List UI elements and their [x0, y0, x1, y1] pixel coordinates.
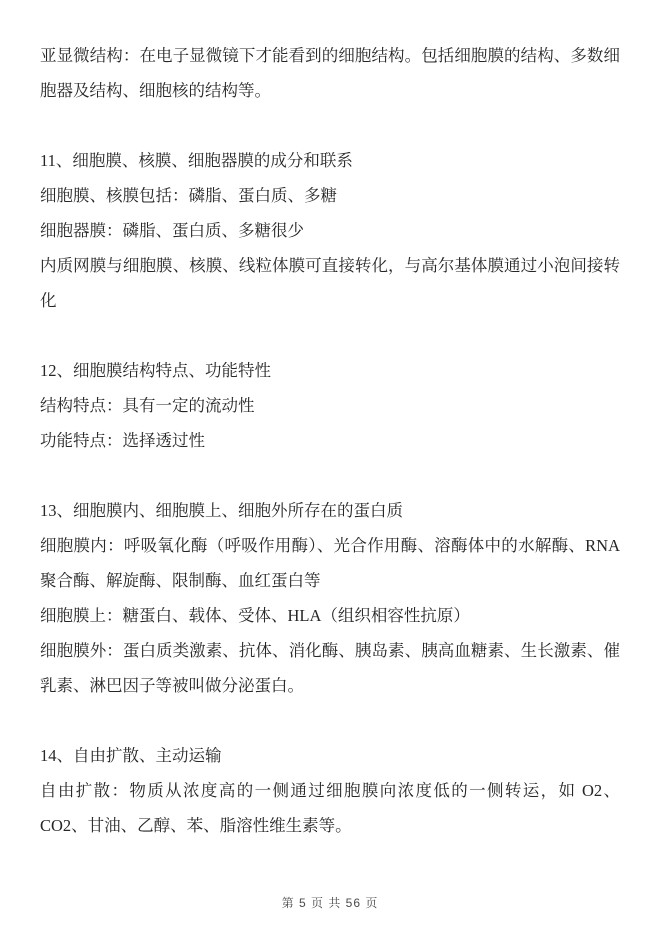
section-intro-submicroscopic: 亚显微结构：在电子显微镜下才能看到的细胞结构。包括细胞膜的结构、多数细胞器及结构…	[40, 38, 620, 108]
paragraph-proteins-outside-membrane: 细胞膜外：蛋白质类激素、抗体、消化酶、胰岛素、胰高血糖素、生长激素、催乳素、淋巴…	[40, 633, 620, 703]
heading-item-13: 13、细胞膜内、细胞膜上、细胞外所存在的蛋白质	[40, 493, 620, 528]
heading-item-12: 12、细胞膜结构特点、功能特性	[40, 353, 620, 388]
paragraph-submicroscopic-definition: 亚显微结构：在电子显微镜下才能看到的细胞结构。包括细胞膜的结构、多数细胞器及结构…	[40, 38, 620, 108]
section-item-13: 13、细胞膜内、细胞膜上、细胞外所存在的蛋白质 细胞膜内：呼吸氧化酶（呼吸作用酶…	[40, 493, 620, 703]
section-item-11: 11、细胞膜、核膜、细胞器膜的成分和联系 细胞膜、核膜包括：磷脂、蛋白质、多糖 …	[40, 143, 620, 318]
heading-item-14: 14、自由扩散、主动运输	[40, 738, 620, 773]
heading-item-11: 11、细胞膜、核膜、细胞器膜的成分和联系	[40, 143, 620, 178]
section-item-14: 14、自由扩散、主动运输 自由扩散：物质从浓度高的一侧通过细胞膜向浓度低的一侧转…	[40, 738, 620, 843]
paragraph-functional-characteristic: 功能特点：选择透过性	[40, 423, 620, 458]
paragraph-membrane-nuclear-composition: 细胞膜、核膜包括：磷脂、蛋白质、多糖	[40, 178, 620, 213]
paragraph-proteins-inside-membrane: 细胞膜内：呼吸氧化酶（呼吸作用酶）、光合作用酶、溶酶体中的水解酶、RNA聚合酶、…	[40, 528, 620, 598]
document-page: 亚显微结构：在电子显微镜下才能看到的细胞结构。包括细胞膜的结构、多数细胞器及结构…	[0, 0, 660, 933]
section-item-12: 12、细胞膜结构特点、功能特性 结构特点：具有一定的流动性 功能特点：选择透过性	[40, 353, 620, 458]
paragraph-proteins-on-membrane: 细胞膜上：糖蛋白、载体、受体、HLA（组织相容性抗原）	[40, 598, 620, 633]
paragraph-er-membrane-conversion: 内质网膜与细胞膜、核膜、线粒体膜可直接转化，与高尔基体膜通过小泡间接转化	[40, 248, 620, 318]
paragraph-free-diffusion: 自由扩散：物质从浓度高的一侧通过细胞膜向浓度低的一侧转运，如 O2、CO2、甘油…	[40, 773, 620, 843]
page-footer: 第 5 页 共 56 页	[0, 894, 660, 911]
paragraph-structural-characteristic: 结构特点：具有一定的流动性	[40, 388, 620, 423]
paragraph-organelle-membrane-composition: 细胞器膜：磷脂、蛋白质、多糖很少	[40, 213, 620, 248]
